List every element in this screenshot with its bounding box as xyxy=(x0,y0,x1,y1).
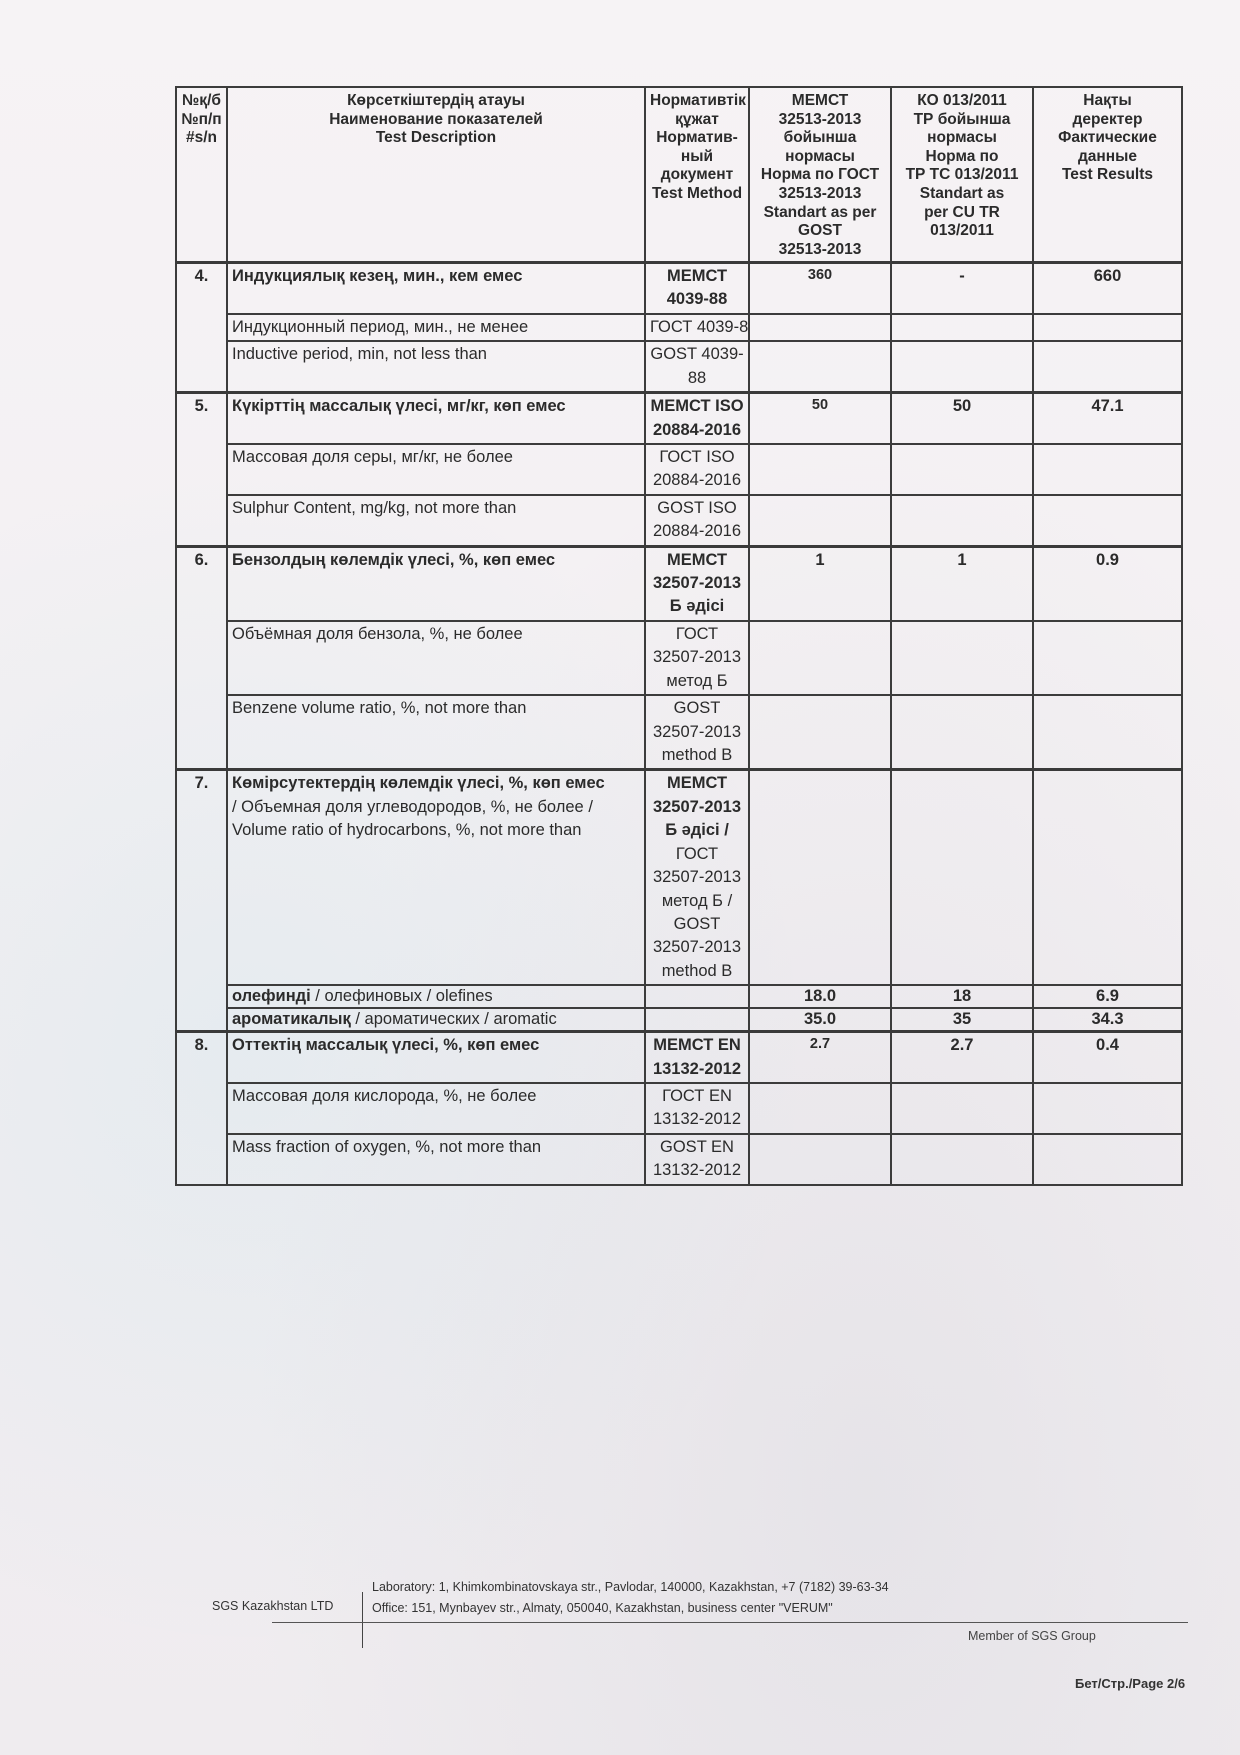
sub-label-kz: ароматикалық xyxy=(232,1010,351,1028)
row-method-ru-en: ГОСТ 32507-2013 метод Б / GOST 32507-201… xyxy=(653,845,741,980)
empty-cell xyxy=(1033,621,1182,695)
row-description-ru-en: / Объемная доля углеводородов, %, не бол… xyxy=(232,798,593,839)
result-value: 660 xyxy=(1033,263,1182,314)
row-description-ru: Массовая доля серы, мг/кг, не более xyxy=(227,444,645,495)
table-row: Индукционный период, мин., не менее ГОСТ… xyxy=(176,314,1182,341)
row-method-ru: ГОСТ ISO 20884-2016 xyxy=(645,444,749,495)
row-number: 6. xyxy=(176,546,227,770)
empty-cell xyxy=(1033,695,1182,770)
row-number: 5. xyxy=(176,393,227,547)
row-description-en: Inductive period, min, not less than xyxy=(227,341,645,392)
row-description-ru: Объёмная доля бензола, %, не более xyxy=(227,621,645,695)
row-method-kz: МЕМСТ 32507-2013 Б әдісі xyxy=(645,546,749,621)
footer-company: SGS Kazakhstan LTD xyxy=(212,1599,333,1613)
row-method-en: GOST EN 13132-2012 xyxy=(645,1134,749,1185)
table-row: олефинді / олефиновых / olefines 18.0 18… xyxy=(176,985,1182,1008)
row-method-ru: ГОСТ 32507-2013 метод Б xyxy=(645,621,749,695)
table-row: Benzene volume ratio, %, not more than G… xyxy=(176,695,1182,770)
footer-member: Member of SGS Group xyxy=(968,1629,1096,1643)
row-description-kz: Индукциялық кезең, мин., кем емес xyxy=(227,263,645,314)
result-value: 0.9 xyxy=(1033,546,1182,621)
empty-cell xyxy=(749,1083,891,1134)
row-method-ru: ГОСТ 4039-88 xyxy=(645,314,749,341)
gost-norm-value: 360 xyxy=(749,263,891,314)
empty-cell xyxy=(749,341,891,392)
table-row: Sulphur Content, mg/kg, not more than GO… xyxy=(176,495,1182,546)
sub-label-kz: олефинді xyxy=(232,987,311,1005)
row-method-ru: ГОСТ EN 13132-2012 xyxy=(645,1083,749,1134)
table-row: Mass fraction of oxygen, %, not more tha… xyxy=(176,1134,1182,1185)
empty-cell xyxy=(891,495,1033,546)
empty-cell xyxy=(1033,1083,1182,1134)
table-row: 8. Оттектің массалық үлесі, %, көп емес … xyxy=(176,1032,1182,1083)
empty-cell xyxy=(749,495,891,546)
footer-laboratory: Laboratory: 1, Khimkombinatovskaya str.,… xyxy=(372,1577,889,1598)
table-header-row: №қ/б№п/п#s/n Көрсеткіштердің атауыНаимен… xyxy=(176,87,1182,263)
row-description-kz: Бензолдың көлемдік үлесі, %, көп емес xyxy=(227,546,645,621)
header-no: №қ/б№п/п#s/n xyxy=(176,87,227,263)
table-row: 6. Бензолдың көлемдік үлесі, %, көп емес… xyxy=(176,546,1182,621)
row-method-kz: МЕМСТ ISO 20884-2016 xyxy=(645,393,749,444)
tr-norm-value: - xyxy=(891,263,1033,314)
empty-cell xyxy=(891,341,1033,392)
row-method-kz: МЕМСТ 4039-88 xyxy=(645,263,749,314)
empty-cell xyxy=(891,314,1033,341)
tr-norm-value: 50 xyxy=(891,393,1033,444)
result-value: 6.9 xyxy=(1033,985,1182,1008)
empty-cell xyxy=(891,444,1033,495)
table-row: 7. Көмірсутектердің көлемдік үлесі, %, к… xyxy=(176,770,1182,985)
row-number: 8. xyxy=(176,1032,227,1185)
empty-cell xyxy=(749,695,891,770)
header-description: Көрсеткіштердің атауыНаименование показа… xyxy=(227,87,645,263)
header-gost-norm: МЕМСТ32513-2013бойыншанормасыНорма по ГО… xyxy=(749,87,891,263)
row-description-combined: Көмірсутектердің көлемдік үлесі, %, көп … xyxy=(227,770,645,985)
table-row: Массовая доля кислорода, %, не более ГОС… xyxy=(176,1083,1182,1134)
result-value: 47.1 xyxy=(1033,393,1182,444)
empty-cell xyxy=(1033,314,1182,341)
result-value: 34.3 xyxy=(1033,1008,1182,1031)
empty-cell xyxy=(1033,444,1182,495)
tr-norm-value: 35 xyxy=(891,1008,1033,1031)
empty-cell xyxy=(749,314,891,341)
table-row: Массовая доля серы, мг/кг, не более ГОСТ… xyxy=(176,444,1182,495)
empty-cell xyxy=(1033,495,1182,546)
footer-divider-horizontal xyxy=(272,1622,1188,1623)
gost-norm-value: 35.0 xyxy=(749,1008,891,1031)
row-description-en: Sulphur Content, mg/kg, not more than xyxy=(227,495,645,546)
gost-norm-value: 18.0 xyxy=(749,985,891,1008)
empty-cell xyxy=(891,770,1033,985)
page-number: Бет/Стр./Page 2/6 xyxy=(1075,1676,1185,1691)
row-description-kz: Оттектің массалық үлесі, %, көп емес xyxy=(227,1032,645,1083)
table-row: Inductive period, min, not less than GOS… xyxy=(176,341,1182,392)
empty-cell xyxy=(891,695,1033,770)
row-number: 7. xyxy=(176,770,227,1032)
row-description-kz: Күкірттің массалық үлесі, мг/кг, көп еме… xyxy=(227,393,645,444)
sub-label-rest: / ароматических / aromatic xyxy=(351,1010,557,1028)
footer-office: Office: 151, Mynbayev str., Almaty, 0500… xyxy=(372,1598,889,1619)
tr-norm-value: 2.7 xyxy=(891,1032,1033,1083)
empty-cell xyxy=(1033,1134,1182,1185)
tr-norm-value: 1 xyxy=(891,546,1033,621)
row-method-en: GOST 32507-2013 method B xyxy=(645,695,749,770)
empty-cell xyxy=(749,621,891,695)
row-description-ru: Массовая доля кислорода, %, не более xyxy=(227,1083,645,1134)
gost-norm-value: 50 xyxy=(749,393,891,444)
row-method-en: GOST 4039-88 xyxy=(645,341,749,392)
empty-cell xyxy=(645,985,749,1008)
row-description-en: Benzene volume ratio, %, not more than xyxy=(227,695,645,770)
empty-cell xyxy=(891,621,1033,695)
row-number: 4. xyxy=(176,263,227,393)
row-method-kz: МЕМСТ EN 13132-2012 xyxy=(645,1032,749,1083)
footer-addresses: Laboratory: 1, Khimkombinatovskaya str.,… xyxy=(372,1577,889,1618)
row-description-en: Mass fraction of oxygen, %, not more tha… xyxy=(227,1134,645,1185)
table-row: 4. Индукциялық кезең, мин., кем емес МЕМ… xyxy=(176,263,1182,314)
empty-cell xyxy=(749,770,891,985)
tr-norm-value: 18 xyxy=(891,985,1033,1008)
table-row: Объёмная доля бензола, %, не более ГОСТ … xyxy=(176,621,1182,695)
result-value: 0.4 xyxy=(1033,1032,1182,1083)
footer-divider-vertical xyxy=(362,1592,363,1648)
empty-cell xyxy=(749,444,891,495)
row-description-kz: Көмірсутектердің көлемдік үлесі, %, көп … xyxy=(232,774,605,792)
empty-cell xyxy=(891,1134,1033,1185)
header-result: НақтыдеректерФактическиеданныеTest Resul… xyxy=(1033,87,1182,263)
table-row: ароматикалық / ароматических / aromatic … xyxy=(176,1008,1182,1031)
row-method-en: GOST ISO 20884-2016 xyxy=(645,495,749,546)
table-row: 5. Күкірттің массалық үлесі, мг/кг, көп … xyxy=(176,393,1182,444)
empty-cell xyxy=(1033,341,1182,392)
sub-row-olefines: олефинді / олефиновых / olefines xyxy=(227,985,645,1008)
header-method: НормативтікқұжатНорматив-ныйдокументTest… xyxy=(645,87,749,263)
test-results-table: №қ/б№п/п#s/n Көрсеткіштердің атауыНаимен… xyxy=(175,86,1183,1186)
sub-row-aromatic: ароматикалық / ароматических / aromatic xyxy=(227,1008,645,1031)
empty-cell xyxy=(891,1083,1033,1134)
row-method-kz: МЕМСТ 32507-2013 Б әдісі / xyxy=(653,774,741,839)
empty-cell xyxy=(749,1134,891,1185)
row-description-ru: Индукционный период, мин., не менее xyxy=(227,314,645,341)
gost-norm-value: 1 xyxy=(749,546,891,621)
header-tr-norm: КО 013/2011ТР бойыншанормасыНорма поТР Т… xyxy=(891,87,1033,263)
empty-cell xyxy=(645,1008,749,1031)
gost-norm-value: 2.7 xyxy=(749,1032,891,1083)
sub-label-rest: / олефиновых / olefines xyxy=(311,987,493,1005)
row-method-combined: МЕМСТ 32507-2013 Б әдісі /ГОСТ 32507-201… xyxy=(645,770,749,985)
empty-cell xyxy=(1033,770,1182,985)
